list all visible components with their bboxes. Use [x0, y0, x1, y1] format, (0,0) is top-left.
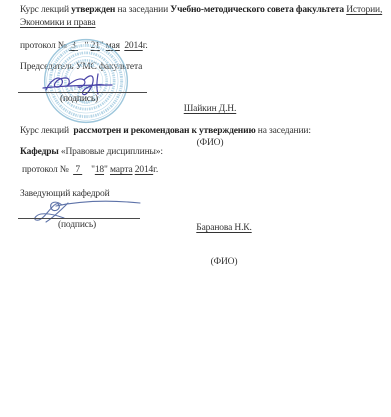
protocol-number: 7: [73, 165, 82, 175]
signature-caption-2: (подпись): [37, 220, 117, 230]
text-run: Курс лекций: [20, 126, 73, 136]
signature-stroke: [56, 201, 140, 206]
protocol-number: 3: [69, 41, 78, 51]
signature-stroke: [47, 202, 62, 213]
text-run: ": [78, 41, 91, 51]
text-run: протокол №: [22, 165, 73, 175]
bold-run: Кафедры: [20, 147, 59, 157]
head-title: Заведующий кафедрой: [20, 188, 110, 201]
protocol-month: марта: [110, 165, 133, 175]
text-run: протокол №: [20, 41, 69, 51]
protocol-year: 2014: [135, 165, 153, 175]
stamp-microtext-band: [50, 45, 121, 116]
protocol-line-2: протокол № 7 "18" марта 2014г.: [22, 164, 158, 177]
protocol-year: 2014: [124, 41, 142, 51]
approval-intro-line-2: Экономики и права: [20, 17, 96, 30]
review-intro-line: Курс лекций рассмотрен и рекомендован к …: [20, 125, 311, 138]
signature-line-1: [18, 92, 147, 93]
text-run: г.: [153, 165, 158, 175]
document-page: Курс лекций утвержден на заседании Учебн…: [0, 0, 391, 417]
fio-caption-1: (ФИО): [160, 138, 260, 149]
name-block-2: Баранова Н.К. (ФИО): [174, 202, 274, 288]
bold-run: рассмотрен и рекомендован к утверждению: [73, 126, 255, 136]
protocol-day: 21: [91, 41, 100, 51]
text-run: на заседании: [115, 5, 170, 15]
text-run: Курс лекций: [20, 5, 71, 15]
approver-name-2: Баранова Н.К.: [174, 223, 274, 234]
signature-stroke: [43, 85, 112, 88]
approver-name-1: Шайкин Д.Н.: [160, 104, 260, 115]
protocol-day: 18: [95, 165, 104, 175]
text-run: на заседании:: [256, 126, 311, 136]
text-run: «Правовые дисциплины»:: [59, 147, 163, 157]
bold-run: утвержден: [71, 5, 115, 15]
faculty-name-part2: Экономики и права: [20, 18, 96, 28]
signature-caption-1: (подпись): [39, 94, 119, 104]
bold-run: Учебно-методического совета факультета: [170, 5, 346, 15]
text-run: г.: [143, 41, 148, 51]
signature-line-2: [18, 218, 140, 219]
department-line: Кафедры «Правовые дисциплины»:: [20, 146, 163, 159]
chair-title: Председатель УМС факультета: [20, 61, 142, 74]
approval-intro-line-1: Курс лекций утвержден на заседании Учебн…: [20, 4, 382, 17]
signature-stroke: [46, 78, 69, 90]
protocol-line-1: протокол № 3 " 21" мая 2014г.: [20, 40, 148, 53]
protocol-month: мая: [106, 41, 120, 51]
stamp-ring: [47, 42, 125, 120]
signature-stroke: [97, 74, 98, 94]
faculty-name-part1: Истории,: [346, 5, 382, 15]
signature-stroke: [67, 79, 85, 87]
fio-caption-2: (ФИО): [174, 257, 274, 268]
text-run: ": [82, 165, 95, 175]
